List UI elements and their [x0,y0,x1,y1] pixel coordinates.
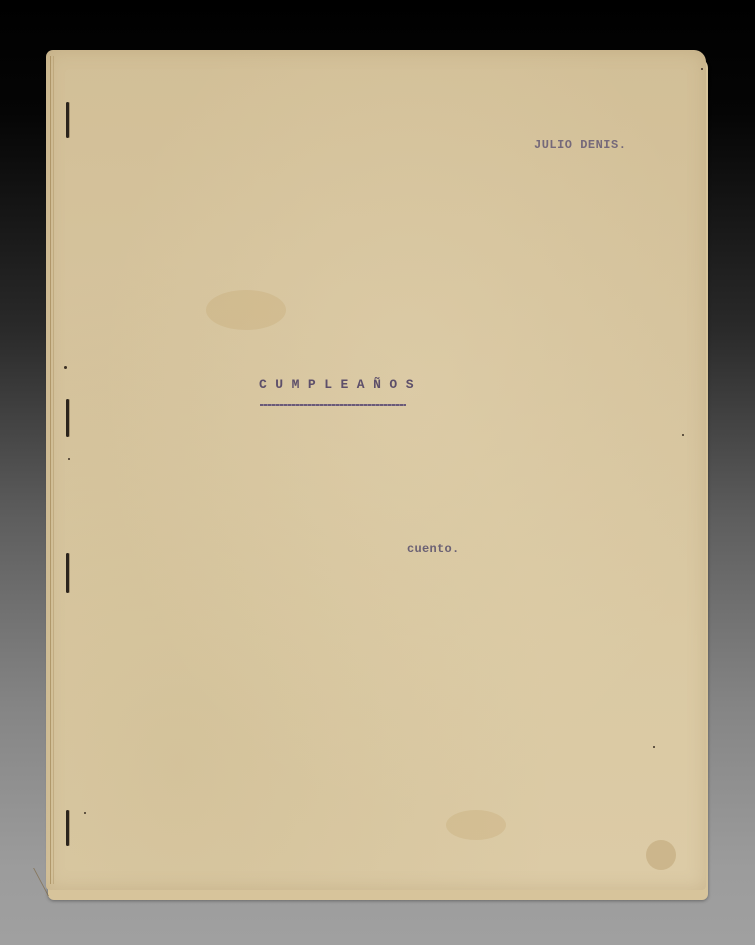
paper-stain [206,290,286,330]
ink-speck [84,812,86,814]
page-edge-line [50,56,51,884]
paper-stain [646,840,676,870]
page-edge-line [53,56,54,884]
ink-speck [682,434,684,436]
typescript-booklet: JULIO DENIS. CUMPLEAÑOS cuento. [46,50,711,900]
ink-speck [701,68,703,70]
folded-corner [33,868,71,896]
staple-icon [66,553,69,593]
staple-icon [66,399,69,437]
author-name: JULIO DENIS. [534,138,626,152]
cover-page: JULIO DENIS. CUMPLEAÑOS cuento. [46,50,706,890]
ink-speck [64,366,67,369]
staple-icon [66,810,69,846]
ink-speck [68,458,70,460]
paper-stain [446,810,506,840]
staple-icon [66,102,69,138]
ink-speck [653,746,655,748]
document-subtitle: cuento. [407,542,460,556]
document-title: CUMPLEAÑOS [259,377,422,392]
title-underline [260,404,406,406]
